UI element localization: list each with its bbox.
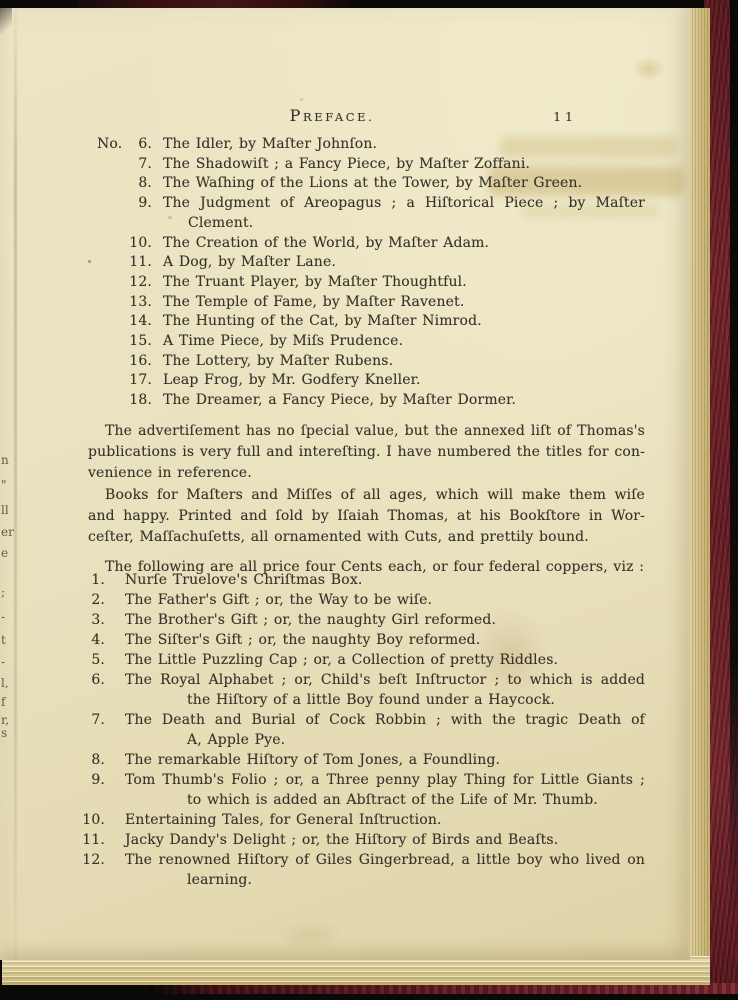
text-line: publications is very full and intereſtin…	[88, 442, 645, 463]
text-line: The Father's Gift ; or, the Way to be wi…	[125, 590, 645, 610]
item-number: 16.	[75, 352, 152, 372]
item-number: 9.	[75, 770, 105, 790]
text-line: venience in reference.	[88, 463, 645, 484]
list-item: 3.The Brother's Gift ; or, the naughty G…	[75, 610, 645, 630]
list-prefix: No.	[97, 135, 122, 155]
running-title: Preface.	[290, 106, 375, 125]
text-line: learning.	[125, 870, 645, 890]
list-item: 2.The Father's Gift ; or, the Way to be …	[75, 590, 645, 610]
facing-page-letter-fragment: ll	[1, 504, 9, 516]
facing-page-letter-fragment: "	[1, 479, 7, 491]
list-item: 18.The Dreamer, a Fancy Piece, by Maſter…	[75, 391, 645, 411]
list-item: No.6.The Idler, by Maſter Johnſon.	[75, 135, 645, 155]
text-line: The renowned Hiſtory of Giles Gingerbrea…	[125, 850, 645, 870]
text-line: Clement.	[163, 214, 645, 234]
item-text: The renowned Hiſtory of Giles Gingerbrea…	[125, 850, 645, 890]
text-line: Leap Frog, by Mr. Godfery Kneller.	[163, 371, 645, 391]
text-line: The Hunting of the Cat, by Maſter Nimrod…	[163, 312, 645, 332]
text-line: Nurſe Truelove's Chriſtmas Box.	[125, 570, 645, 590]
text-line: The Shadowiſt ; a Fancy Piece, by Maſter…	[163, 155, 645, 175]
list-item: 10.The Creation of the World, by Maſter …	[75, 234, 645, 254]
text-line: The Lottery, by Maſter Rubens.	[163, 352, 645, 372]
facing-page-letter-fragment: l,	[1, 677, 9, 689]
item-number: 7.	[75, 155, 152, 175]
list-item: 9.Tom Thumb's Folio ; or, a Three penny …	[75, 770, 645, 810]
page-stack-bottom-edge	[2, 956, 710, 985]
text-line: The Idler, by Maſter Johnſon.	[163, 135, 645, 155]
facing-page-letter-fragment: e	[1, 547, 8, 559]
item-number: 11.	[75, 830, 105, 850]
item-number: 8.	[75, 750, 105, 770]
list-item: 16.The Lottery, by Maſter Rubens.	[75, 352, 645, 372]
item-number: 4.	[75, 630, 105, 650]
list-item: 17.Leap Frog, by Mr. Godfery Kneller.	[75, 371, 645, 391]
item-text: The Little Puzzling Cap ; or, a Collecti…	[125, 650, 645, 670]
facing-page-letter-fragment: -	[1, 611, 5, 623]
item-number: 10.	[75, 234, 152, 254]
text-line: The Little Puzzling Cap ; or, a Collecti…	[125, 650, 645, 670]
item-number: 12.	[75, 850, 105, 870]
item-number: 18.	[75, 391, 152, 411]
text-line: Books for Maſters and Miſſes of all ages…	[88, 485, 645, 506]
text-line: A Time Piece, by Miſs Prudence.	[163, 332, 645, 352]
item-text: The Judgment of Areopagus ; a Hiſtorical…	[163, 194, 645, 233]
text-line: The Royal Alphabet ; or, Child's beſt In…	[125, 670, 645, 690]
text-line: Jacky Dandy's Delight ; or, the Hiſtory …	[125, 830, 645, 850]
item-text: Tom Thumb's Folio ; or, a Three penny pl…	[125, 770, 645, 810]
text-line: The Temple of Fame, by Maſter Ravenet.	[163, 293, 645, 313]
item-number: 3.	[75, 610, 105, 630]
item-text: The Death and Burial of Cock Robbin ; wi…	[125, 710, 645, 750]
facing-page-letter-fragment: n	[1, 454, 9, 466]
list-item: 4.The Siſter's Gift ; or, the naughty Bo…	[75, 630, 645, 650]
item-text: Nurſe Truelove's Chriſtmas Box.	[125, 570, 645, 590]
item-number: 6.	[75, 670, 105, 690]
item-text: The remarkable Hiſtory of Tom Jones, a F…	[125, 750, 645, 770]
item-text: Jacky Dandy's Delight ; or, the Hiſtory …	[125, 830, 645, 850]
page-header: Preface. 11	[75, 106, 589, 128]
item-number: 12.	[75, 273, 152, 293]
page-corner-shadow	[0, 8, 12, 38]
scan-background-bottom	[0, 994, 738, 1000]
item-text: The Temple of Fame, by Maſter Ravenet.	[163, 293, 645, 313]
item-text: The Idler, by Maſter Johnſon.	[163, 135, 645, 155]
page-crease-line	[14, 8, 17, 960]
text-line: the Hiſtory of a little Boy found under …	[125, 690, 645, 710]
item-number: 1.	[75, 570, 105, 590]
text-line: The Dreamer, a Fancy Piece, by Maſter Do…	[163, 391, 645, 411]
item-text: The Waſhing of the Lions at the Tower, b…	[163, 174, 645, 194]
text-line: A Dog, by Maſter Lane.	[163, 253, 645, 273]
facing-page-letter-fragment: s	[1, 727, 7, 739]
list-item: 15.A Time Piece, by Miſs Prudence.	[75, 332, 645, 352]
paragraph: Books for Maſters and Miſſes of all ages…	[88, 485, 645, 548]
item-number: 10.	[75, 810, 105, 830]
item-number: 14.	[75, 312, 152, 332]
text-line: The Creation of the World, by Maſter Ada…	[163, 234, 645, 254]
text-line: The Truant Player, by Maſter Thoughtful.	[163, 273, 645, 293]
list-item: 6.The Royal Alphabet ; or, Child's beſt …	[75, 670, 645, 710]
list-item: 13.The Temple of Fame, by Maſter Ravenet…	[75, 293, 645, 313]
list-item: 9.The Judgment of Areopagus ; a Hiſtoric…	[75, 194, 645, 233]
item-number: 2.	[75, 590, 105, 610]
facing-page-letter-fragment: t	[1, 634, 6, 646]
item-text: The Hunting of the Cat, by Maſter Nimrod…	[163, 312, 645, 332]
item-text: The Shadowiſt ; a Fancy Piece, by Maſter…	[163, 155, 645, 175]
item-number: 11.	[75, 253, 152, 273]
text-line: Entertaining Tales, for General Inſtruct…	[125, 810, 645, 830]
scanned-book-photo: { "header": { "running_title": "Preface.…	[0, 0, 738, 1000]
list-item: 12.The Truant Player, by Maſter Thoughtf…	[75, 273, 645, 293]
list-item: 5.The Little Puzzling Cap ; or, a Collec…	[75, 650, 645, 670]
item-text: Leap Frog, by Mr. Godfery Kneller.	[163, 371, 645, 391]
list-item: 14.The Hunting of the Cat, by Maſter Nim…	[75, 312, 645, 332]
list-item: 11.Jacky Dandy's Delight ; or, the Hiſto…	[75, 830, 645, 850]
item-text: The Truant Player, by Maſter Thoughtful.	[163, 273, 645, 293]
text-line: The advertiſement has no ſpecial value, …	[88, 421, 645, 442]
paper-stain	[275, 918, 345, 952]
item-text: The Creation of the World, by Maſter Ada…	[163, 234, 645, 254]
item-number: 13.	[75, 293, 152, 313]
four-cent-books-list: 1.Nurſe Truelove's Chriſtmas Box.2.The F…	[75, 570, 645, 890]
text-line: The remarkable Hiſtory of Tom Jones, a F…	[125, 750, 645, 770]
item-text: The Brother's Gift ; or, the naughty Gir…	[125, 610, 645, 630]
item-text: A Dog, by Maſter Lane.	[163, 253, 645, 273]
scanned-page: n"llere;-t-l,fr,s Preface. 11 No.6.The I…	[0, 8, 690, 960]
list-item: 7.The Shadowiſt ; a Fancy Piece, by Maſt…	[75, 155, 645, 175]
facing-page-letter-fragment: r,	[1, 714, 9, 726]
text-line: The Siſter's Gift ; or, the naughty Boy …	[125, 630, 645, 650]
text-line: The Brother's Gift ; or, the naughty Gir…	[125, 610, 645, 630]
text-line: ceſter, Maſſachuſetts, all ornamented wi…	[88, 527, 645, 548]
text-line: The Death and Burial of Cock Robbin ; wi…	[125, 710, 645, 730]
text-line: to which is added an Abſtract of the Lif…	[125, 790, 645, 810]
item-number: 7.	[75, 710, 105, 730]
facing-page-letter-fragment: er	[1, 526, 14, 538]
text-line: and happy. Printed and ſold by Iſaiah Th…	[88, 506, 645, 527]
item-number: 15.	[75, 332, 152, 352]
list-item: 12.The renowned Hiſtory of Giles Gingerb…	[75, 850, 645, 890]
paper-speck	[300, 98, 303, 101]
item-text: A Time Piece, by Miſs Prudence.	[163, 332, 645, 352]
item-number: 9.	[75, 194, 152, 214]
item-text: The Lottery, by Maſter Rubens.	[163, 352, 645, 372]
list-item: 8.The Waſhing of the Lions at the Tower,…	[75, 174, 645, 194]
item-text: The Royal Alphabet ; or, Child's beſt In…	[125, 670, 645, 710]
list-item: 7.The Death and Burial of Cock Robbin ; …	[75, 710, 645, 750]
text-line: Tom Thumb's Folio ; or, a Three penny pl…	[125, 770, 645, 790]
text-line: A, Apple Pye.	[125, 730, 645, 750]
list-item: 1.Nurſe Truelove's Chriſtmas Box.	[75, 570, 645, 590]
facing-page-letter-fragment: f	[1, 696, 5, 708]
item-text: Entertaining Tales, for General Inſtruct…	[125, 810, 645, 830]
paragraph: The advertiſement has no ſpecial value, …	[88, 421, 645, 484]
item-number: 5.	[75, 650, 105, 670]
exhibit-numbered-list: No.6.The Idler, by Maſter Johnſon.7.The …	[75, 135, 645, 411]
text-line: The Judgment of Areopagus ; a Hiſtorical…	[163, 194, 645, 214]
item-number: 17.	[75, 371, 152, 391]
item-number: 8.	[75, 174, 152, 194]
facing-page-letter-fragment: ;	[1, 586, 5, 598]
scan-background-right	[730, 0, 738, 940]
paper-stain	[632, 56, 666, 82]
item-text: The Father's Gift ; or, the Way to be wi…	[125, 590, 645, 610]
list-item: 8.The remarkable Hiſtory of Tom Jones, a…	[75, 750, 645, 770]
page-number: 11	[553, 109, 577, 124]
text-line: The Waſhing of the Lions at the Tower, b…	[163, 174, 645, 194]
item-text: The Dreamer, a Fancy Piece, by Maſter Do…	[163, 391, 645, 411]
list-item: 10.Entertaining Tales, for General Inſtr…	[75, 810, 645, 830]
list-item: 11.A Dog, by Maſter Lane.	[75, 253, 645, 273]
facing-page-letter-fragment: -	[1, 656, 5, 668]
item-text: The Siſter's Gift ; or, the naughty Boy …	[125, 630, 645, 650]
